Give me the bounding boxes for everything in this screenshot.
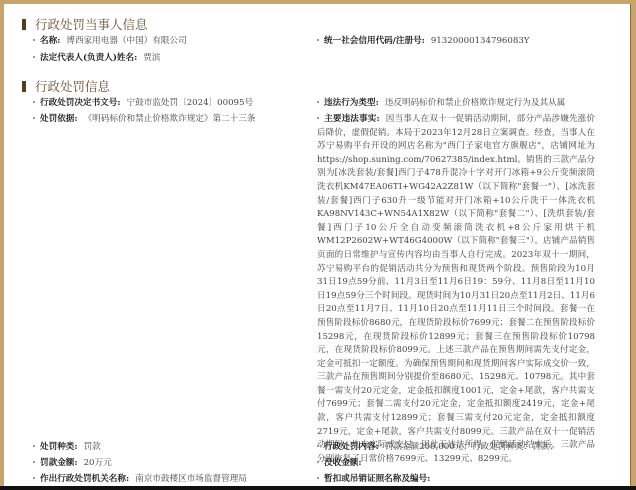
bullet-icon — [317, 445, 319, 447]
field-basis: 处罚依据:《明码标价和禁止价格欺诈规定》第二十三条 — [33, 113, 255, 127]
section-title-text: 行政处罚当事人信息 — [35, 15, 148, 33]
section-marker-icon — [22, 81, 26, 92]
field-label: 统一社会信用代码/注册号: — [324, 36, 425, 46]
field-fine-amount: 罚款金额:20万元 — [33, 457, 112, 471]
field-value: 违反明码标价和禁止价格欺诈规定行为及其从属 — [385, 98, 565, 108]
field-credit-code: 统一社会信用代码/注册号:91320000134796083Y — [317, 35, 529, 49]
field-value: 因当事人在双十一促销活动期间，部分产品涉嫌先涨价后降价，虚假促销。本局于2023… — [317, 114, 595, 464]
field-penalty-content: 行政处罚内容:罚款金额200,000元；行政处罚种类：罚款； — [317, 441, 558, 455]
field-label: 行政处罚内容: — [324, 442, 379, 452]
field-legal-rep: 法定代表人(负责人)姓名:贾滨 — [33, 52, 160, 66]
field-value: 贾滨 — [143, 53, 160, 63]
field-violation-type: 违法行为类型:违反明码标价和禁止价格欺诈规定行为及其从属 — [317, 97, 565, 111]
field-value: 罚款金额200,000元；行政处罚种类：罚款； — [385, 442, 558, 452]
field-value: 博西家用电器（中国）有限公司 — [66, 36, 186, 46]
field-license: 暂扣或吊销证照名称及编号: — [317, 473, 436, 487]
bullet-icon — [33, 117, 35, 119]
bullet-icon — [33, 461, 35, 463]
bullet-icon — [33, 39, 35, 41]
field-authority: 作出行政处罚机关名称:南京市鼓楼区市场监督管理局 — [33, 473, 247, 487]
field-value: 91320000134796083Y — [431, 36, 530, 46]
field-value: 南京市鼓楼区市场监督管理局 — [135, 474, 247, 484]
field-main-facts: 主要违法事实:因当事人在双十一促销活动期间，部分产品涉嫌先涨价后降价，虚假促销。… — [317, 113, 595, 466]
field-label: 主要违法事实: — [324, 114, 380, 124]
field-confiscation: 没收金额: — [317, 457, 368, 471]
bullet-icon — [317, 477, 319, 479]
bullet-icon — [317, 117, 319, 119]
field-label: 违法行为类型: — [324, 98, 379, 108]
field-name: 名称:博西家用电器（中国）有限公司 — [33, 35, 187, 49]
field-label: 处罚种类: — [40, 442, 78, 452]
section-marker-icon — [22, 19, 26, 30]
bullet-icon — [317, 39, 319, 41]
field-label: 法定代表人(负责人)姓名: — [40, 53, 137, 63]
bullet-icon — [317, 101, 319, 103]
section-title-penalty: 行政处罚信息 — [22, 77, 110, 95]
field-value: 罚款 — [84, 442, 101, 452]
field-value: 20万元 — [84, 458, 112, 468]
field-penalty-kind: 处罚种类:罚款 — [33, 441, 101, 455]
bottom-edge — [0, 486, 636, 490]
field-label: 罚款金额: — [40, 458, 78, 468]
field-label: 没收金额: — [324, 458, 362, 468]
field-label: 作出行政处罚机关名称: — [40, 474, 129, 484]
field-value: 《明码标价和禁止价格欺诈规定》第二十三条 — [84, 114, 256, 124]
bullet-icon — [33, 477, 35, 479]
field-value: 宁鼓市监处罚〔2024〕00095号 — [127, 98, 254, 108]
field-label: 行政处罚决定书文号: — [40, 98, 121, 108]
section-title-text: 行政处罚信息 — [35, 77, 110, 95]
field-label: 处罚依据: — [40, 114, 78, 124]
field-label: 暂扣或吊销证照名称及编号: — [324, 474, 430, 484]
bullet-icon — [33, 101, 35, 103]
field-label: 名称: — [40, 36, 60, 46]
bullet-icon — [33, 56, 35, 58]
bullet-icon — [33, 445, 35, 447]
section-title-party: 行政处罚当事人信息 — [22, 15, 148, 33]
field-decision-no: 行政处罚决定书文号:宁鼓市监处罚〔2024〕00095号 — [33, 97, 253, 111]
bullet-icon — [317, 461, 319, 463]
